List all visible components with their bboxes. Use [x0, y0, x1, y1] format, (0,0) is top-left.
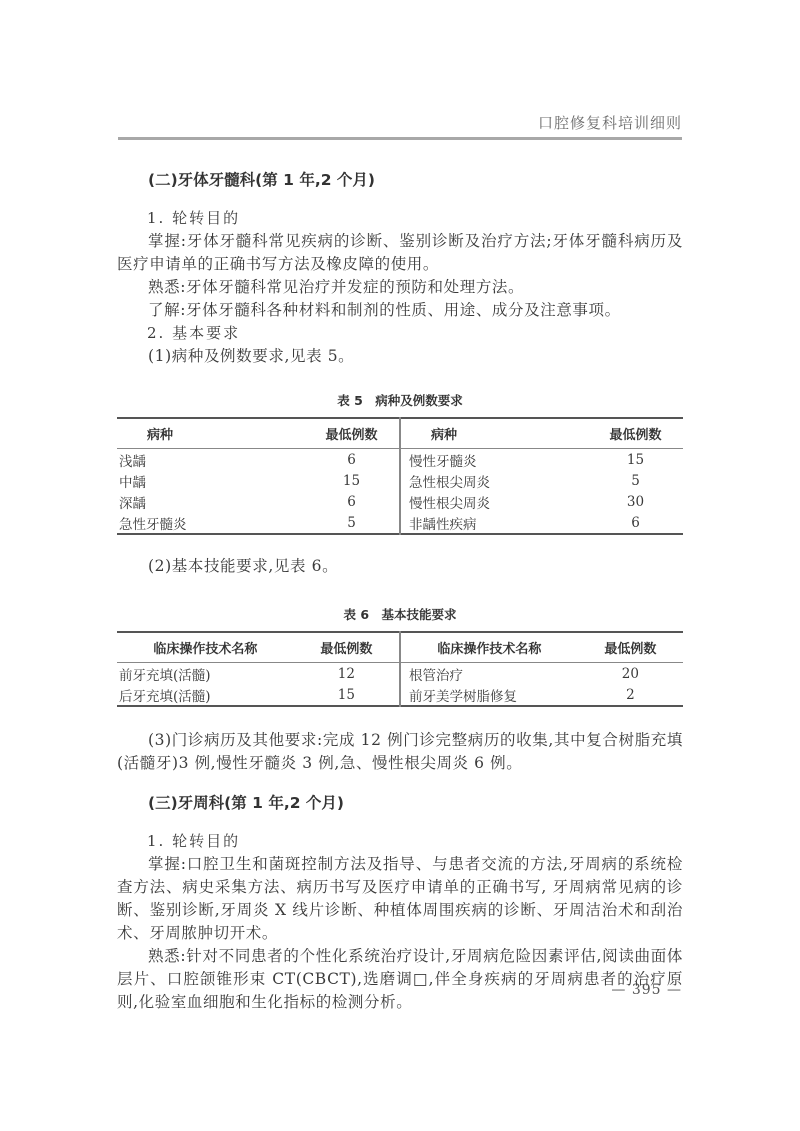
subheading-rotation-goal: 1. 轮转目的 — [117, 207, 683, 230]
paragraph-req2: (2)基本技能要求,见表 6。 — [117, 555, 683, 578]
table-cell: 6 — [588, 512, 683, 534]
table-cell: 急性根尖周炎 — [400, 470, 588, 491]
table-cell: 5 — [588, 470, 683, 491]
running-head: 口腔修复科培训细则 — [118, 112, 682, 133]
table-cell: 前牙充填(活髓) — [117, 663, 294, 685]
subheading-basic-requirements: 2. 基本要求 — [117, 322, 683, 345]
table-cell: 15 — [294, 684, 400, 706]
table-cell: 12 — [294, 663, 400, 685]
table-header: 最低例数 — [304, 418, 400, 449]
table6-title: 表 6 基本技能要求 — [117, 605, 683, 623]
table-row: 中龋 15 急性根尖周炎 5 — [117, 470, 683, 491]
table-row: 前牙充填(活髓) 12 根管治疗 20 — [117, 663, 683, 685]
header-rule — [118, 137, 682, 140]
table-cell: 15 — [588, 449, 683, 471]
table-cell: 浅龋 — [117, 449, 304, 471]
table-cell: 慢性牙髓炎 — [400, 449, 588, 471]
table-header: 病种 — [400, 418, 588, 449]
table-header-row: 病种 最低例数 病种 最低例数 — [117, 418, 683, 449]
table-cell: 6 — [304, 449, 400, 471]
table-header: 最低例数 — [578, 632, 683, 663]
table-cell: 2 — [578, 684, 683, 706]
table-cell: 5 — [304, 512, 400, 534]
table-cell: 前牙美学树脂修复 — [400, 684, 578, 706]
paragraph-req3: (3)门诊病历及其他要求:完成 12 例门诊完整病历的收集,其中复合树脂充填(活… — [117, 729, 683, 775]
table-header: 病种 — [117, 418, 304, 449]
table-header-row: 临床操作技术名称 最低例数 临床操作技术名称 最低例数 — [117, 632, 683, 663]
table-cell: 15 — [304, 470, 400, 491]
table-row: 深龋 6 慢性根尖周炎 30 — [117, 491, 683, 512]
table5-title: 表 5 病种及例数要求 — [117, 391, 683, 409]
table-cell: 根管治疗 — [400, 663, 578, 685]
section-heading-periodontics: (三)牙周科(第 1 年,2 个月) — [117, 791, 683, 815]
table-cell: 后牙充填(活髓) — [117, 684, 294, 706]
table-header: 临床操作技术名称 — [400, 632, 578, 663]
table5: 病种 最低例数 病种 最低例数 浅龋 6 慢性牙髓炎 15 中龋 15 急性根尖… — [117, 417, 683, 535]
table-cell: 非龋性疾病 — [400, 512, 588, 534]
table-header: 临床操作技术名称 — [117, 632, 294, 663]
paragraph-master: 掌握:牙体牙髓科常见疾病的诊断、鉴别诊断及治疗方法;牙体牙髓科病历及医疗申请单的… — [117, 230, 683, 276]
paragraph-req1: (1)病种及例数要求,见表 5。 — [117, 345, 683, 368]
subheading-rotation-goal: 1. 轮转目的 — [117, 830, 683, 853]
table-row: 浅龋 6 慢性牙髓炎 15 — [117, 449, 683, 471]
table-cell: 慢性根尖周炎 — [400, 491, 588, 512]
table-header: 最低例数 — [294, 632, 400, 663]
page-number: — 395 — — [560, 982, 682, 998]
table-cell: 急性牙髓炎 — [117, 512, 304, 534]
table-row: 后牙充填(活髓) 15 前牙美学树脂修复 2 — [117, 684, 683, 706]
table6: 临床操作技术名称 最低例数 临床操作技术名称 最低例数 前牙充填(活髓) 12 … — [117, 631, 683, 707]
table-cell: 20 — [578, 663, 683, 685]
table-cell: 深龋 — [117, 491, 304, 512]
page-body: (二)牙体牙髓科(第 1 年,2 个月) 1. 轮转目的 掌握:牙体牙髓科常见疾… — [117, 152, 683, 1014]
paragraph-familiar: 熟悉:牙体牙髓科常见治疗并发症的预防和处理方法。 — [117, 276, 683, 299]
table-header: 最低例数 — [588, 418, 683, 449]
table-row: 急性牙髓炎 5 非龋性疾病 6 — [117, 512, 683, 534]
paragraph-understand: 了解:牙体牙髓科各种材料和制剂的性质、用途、成分及注意事项。 — [117, 299, 683, 322]
table-cell: 中龋 — [117, 470, 304, 491]
table-cell: 30 — [588, 491, 683, 512]
paragraph-familiar: 熟悉:针对不同患者的个性化系统治疗设计,牙周病危险因素评估,阅读曲面体层片、口腔… — [117, 945, 683, 1014]
section-heading-endodontics: (二)牙体牙髓科(第 1 年,2 个月) — [117, 168, 683, 192]
paragraph-master: 掌握:口腔卫生和菌斑控制方法及指导、与患者交流的方法,牙周病的系统检查方法、病史… — [117, 853, 683, 945]
table-cell: 6 — [304, 491, 400, 512]
